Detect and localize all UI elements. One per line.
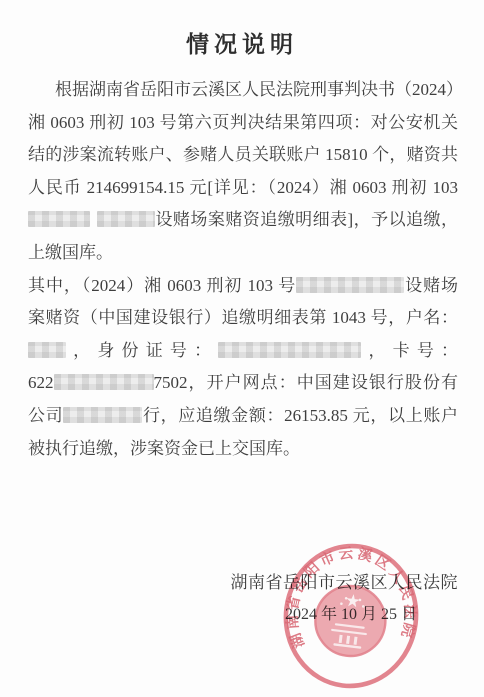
line-text: 结的涉案流转账户、参赌人员关联账户 15810 个，赌资共计 <box>28 145 458 172</box>
body-line-12: 被执行追缴，涉案资金已上交国库。 <box>28 433 458 466</box>
line-text: 湘 0603 刑初 103 号第六页判决结果第四项：对公安机关冻 <box>28 113 458 140</box>
redaction-block <box>63 407 142 423</box>
body-line-5: 设赌场案赌资追缴明细表]，予以追缴， <box>28 204 458 237</box>
line-text: 案赌资（中国建设银行）追缴明细表第 1043 号，户名： <box>28 308 458 327</box>
line-text: ，身份证号： <box>66 341 218 360</box>
body-line-2: 湘 0603 刑初 103 号第六页判决结果第四项：对公安机关冻 <box>28 107 458 140</box>
redaction-block <box>218 342 361 358</box>
redaction-block <box>28 211 90 227</box>
document-title: 情况说明 <box>0 26 484 59</box>
body-line-3: 结的涉案流转账户、参赌人员关联账户 15810 个，赌资共计 <box>28 139 458 172</box>
official-seal-icon: 湖南省岳阳市云溪区人民法院 <box>281 541 421 691</box>
body-line-7: 其中，（2024）湘 0603 刑初 103 号设赌场 <box>28 270 458 303</box>
document-page: 情况说明 根据湖南省岳阳市云溪区人民法院刑事判决书（2024） 湘 0603 刑… <box>0 0 484 697</box>
line-text: 622 <box>28 373 54 392</box>
body-line-10: 6227502，开户网点：中国建设银行股份有限 <box>28 367 458 400</box>
line-text: 根据湖南省岳阳市云溪区人民法院刑事判决书（2024） <box>55 80 458 99</box>
line-text: ，卡号： <box>361 341 458 360</box>
redaction-block <box>296 277 404 293</box>
line-text: 公司 <box>28 406 63 425</box>
line-text: 被执行追缴，涉案资金已上交国库。 <box>28 439 300 458</box>
line-text: 人民币 214699154.15 元[详见：（2024）湘 0603 刑初 10… <box>28 178 458 205</box>
line-text: 上缴国库。 <box>28 243 113 262</box>
redaction-block <box>28 342 66 358</box>
line-text: 其中，（2024）湘 0603 刑初 103 号 <box>28 276 296 295</box>
line-text: 设赌场案赌资追缴明细表]，予以追缴， <box>155 210 458 229</box>
body-line-6: 上缴国库。 <box>28 237 458 270</box>
body-line-9: ，身份证号：，卡号： <box>28 335 458 368</box>
redaction-block <box>54 374 154 390</box>
national-emblem-icon <box>311 582 389 660</box>
redaction-block <box>97 211 155 227</box>
body-line-11: 公司行，应追缴金额：26153.85 元，以上账户已 <box>28 400 458 433</box>
body-line-4: 人民币 214699154.15 元[详见：（2024）湘 0603 刑初 10… <box>28 172 458 205</box>
document-body: 根据湖南省岳阳市云溪区人民法院刑事判决书（2024） 湘 0603 刑初 103… <box>28 74 458 465</box>
line-text: 设赌场 <box>404 276 458 295</box>
body-line-1: 根据湖南省岳阳市云溪区人民法院刑事判决书（2024） <box>28 74 458 107</box>
body-line-8: 案赌资（中国建设银行）追缴明细表第 1043 号，户名： <box>28 302 458 335</box>
